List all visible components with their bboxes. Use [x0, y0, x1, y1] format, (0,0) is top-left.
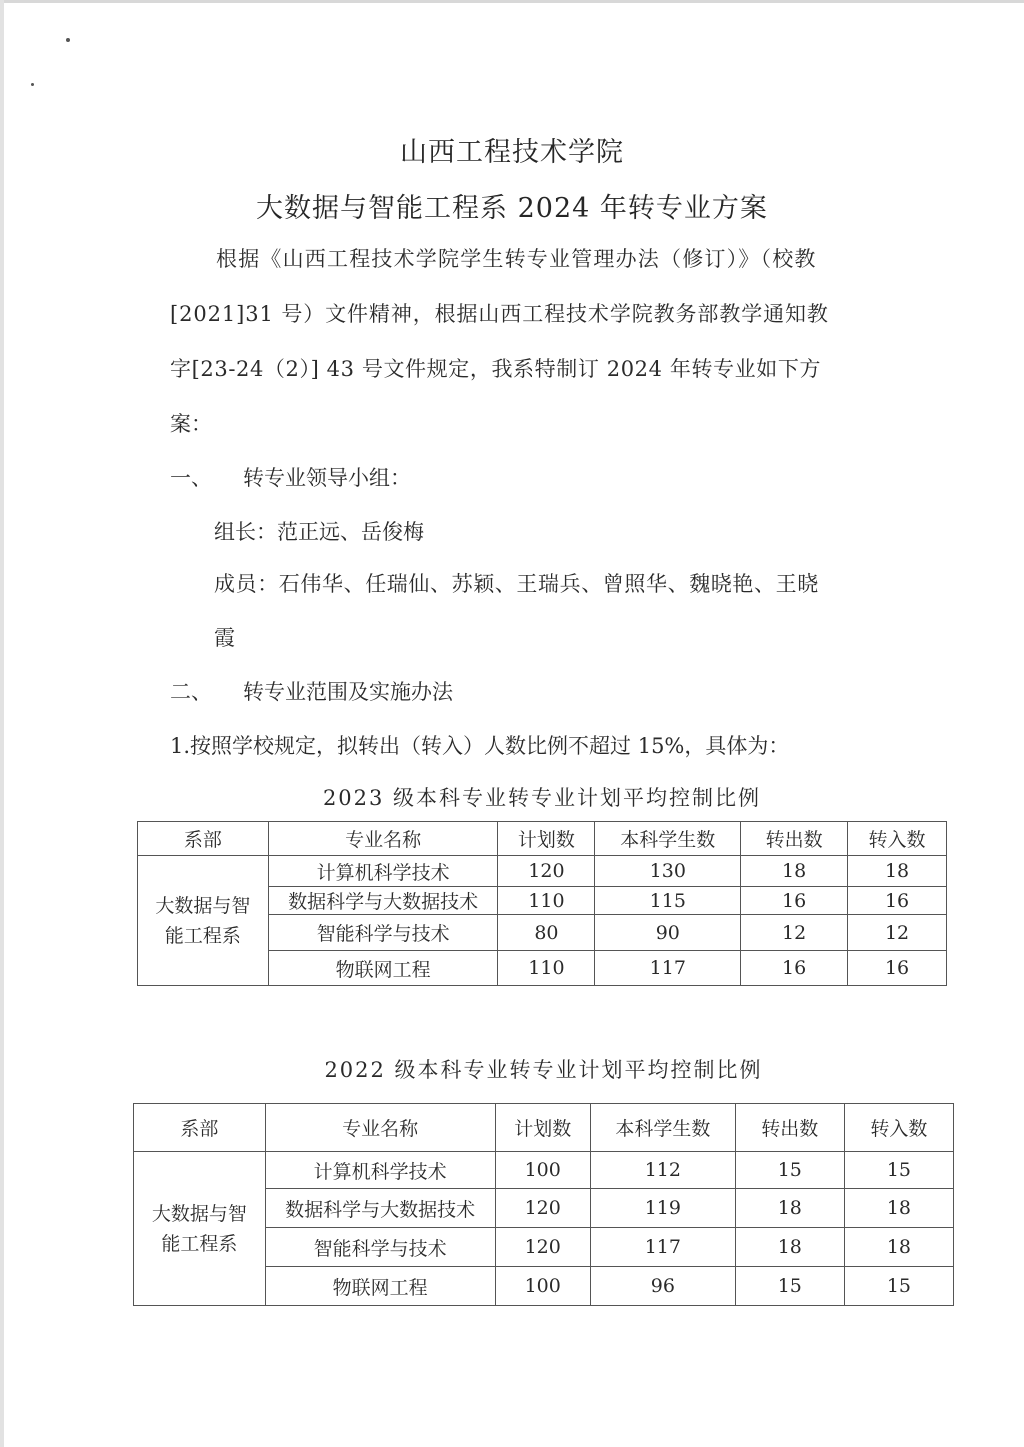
- header-transfer-in: 转入数: [848, 822, 947, 856]
- header-transfer-in: 转入数: [844, 1104, 953, 1152]
- major-name: 计算机科学技术: [265, 1152, 495, 1189]
- plan-count: 80: [498, 915, 595, 951]
- student-count: 119: [590, 1189, 735, 1228]
- transfer-out-count: 15: [735, 1267, 844, 1306]
- transfer-out-count: 16: [741, 951, 848, 986]
- plan-count: 120: [495, 1228, 590, 1267]
- intro-line-1: 根据《山西工程技术学院学生转专业管理办法（修订）》（校教: [216, 243, 817, 273]
- table-2023: 系部 专业名称 计划数 本科学生数 转出数 转入数 大数据与智 能工程系 计算机…: [137, 821, 947, 986]
- plan-count: 120: [495, 1189, 590, 1228]
- transfer-out-count: 16: [741, 887, 848, 915]
- plan-count: 110: [498, 951, 595, 986]
- table-2023-caption: 2023 级本科专业转专业计划平均控制比例: [137, 782, 947, 812]
- table-header-row: 系部 专业名称 计划数 本科学生数 转出数 转入数: [138, 822, 947, 856]
- student-count: 117: [590, 1228, 735, 1267]
- transfer-in-count: 16: [848, 951, 947, 986]
- major-name: 数据科学与大数据技术: [265, 1189, 495, 1228]
- section-1-number: 一、: [170, 462, 212, 492]
- scan-speck: [66, 38, 70, 42]
- transfer-in-count: 18: [844, 1228, 953, 1267]
- student-count: 112: [590, 1152, 735, 1189]
- student-count: 115: [595, 887, 741, 915]
- section-2-heading: 转专业范围及实施办法: [243, 676, 453, 706]
- table-header-row: 系部 专业名称 计划数 本科学生数 转出数 转入数: [134, 1104, 954, 1152]
- table-2022-caption: 2022 级本科专业转专业计划平均控制比例: [133, 1054, 954, 1084]
- plan-count: 110: [498, 887, 595, 915]
- plan-count: 120: [498, 856, 595, 887]
- transfer-in-count: 16: [848, 887, 947, 915]
- table-2022: 系部 专业名称 计划数 本科学生数 转出数 转入数 大数据与智 能工程系 计算机…: [133, 1103, 954, 1306]
- plan-count: 100: [495, 1267, 590, 1306]
- major-name: 计算机科学技术: [268, 856, 498, 887]
- header-transfer-out: 转出数: [741, 822, 848, 856]
- header-students: 本科学生数: [595, 822, 741, 856]
- header-students: 本科学生数: [590, 1104, 735, 1152]
- header-plan: 计划数: [495, 1104, 590, 1152]
- department-line-2: 能工程系: [134, 1229, 265, 1259]
- transfer-out-count: 18: [735, 1189, 844, 1228]
- major-name: 物联网工程: [268, 951, 498, 986]
- header-major: 专业名称: [268, 822, 498, 856]
- group-leader-line: 组长：范正远、岳俊梅: [214, 516, 424, 546]
- major-name: 数据科学与大数据技术: [268, 887, 498, 915]
- group-members-line-2: 霞: [214, 622, 235, 652]
- student-count: 117: [595, 951, 741, 986]
- scan-edge-top: [0, 0, 1024, 3]
- major-name: 智能科学与技术: [268, 915, 498, 951]
- department-cell: 大数据与智 能工程系: [134, 1152, 266, 1306]
- section-1-heading: 转专业领导小组：: [243, 462, 411, 492]
- intro-line-3: 字[23-24（2）] 43 号文件规定，我系特制订 2024 年转专业如下方: [170, 353, 821, 383]
- section-2-number: 二、: [170, 676, 212, 706]
- header-major: 专业名称: [265, 1104, 495, 1152]
- section-2-item-1: 1.按照学校规定，拟转出（转入）人数比例不超过 15%，具体为：: [170, 730, 789, 760]
- department-line-1: 大数据与智: [134, 1199, 265, 1229]
- scan-speck: [31, 83, 34, 86]
- transfer-in-count: 12: [848, 915, 947, 951]
- transfer-out-count: 18: [741, 856, 848, 887]
- transfer-out-count: 12: [741, 915, 848, 951]
- major-name: 智能科学与技术: [265, 1228, 495, 1267]
- header-department: 系部: [138, 822, 269, 856]
- student-count: 96: [590, 1267, 735, 1306]
- transfer-in-count: 15: [844, 1267, 953, 1306]
- department-cell: 大数据与智 能工程系: [138, 856, 269, 986]
- transfer-out-count: 15: [735, 1152, 844, 1189]
- header-department: 系部: [134, 1104, 266, 1152]
- table-row: 大数据与智 能工程系 计算机科学技术 100 112 15 15: [134, 1152, 954, 1189]
- transfer-out-count: 18: [735, 1228, 844, 1267]
- intro-line-4: 案：: [170, 408, 212, 438]
- transfer-in-count: 18: [848, 856, 947, 887]
- transfer-in-count: 18: [844, 1189, 953, 1228]
- student-count: 90: [595, 915, 741, 951]
- transfer-in-count: 15: [844, 1152, 953, 1189]
- major-name: 物联网工程: [265, 1267, 495, 1306]
- department-line-2: 能工程系: [138, 921, 268, 951]
- document-title-institution: 山西工程技术学院: [0, 130, 1024, 169]
- header-plan: 计划数: [498, 822, 595, 856]
- table-row: 大数据与智 能工程系 计算机科学技术 120 130 18 18: [138, 856, 947, 887]
- header-transfer-out: 转出数: [735, 1104, 844, 1152]
- plan-count: 100: [495, 1152, 590, 1189]
- intro-line-2: [2021]31 号）文件精神，根据山西工程技术学院教务部教学通知教: [170, 298, 829, 328]
- student-count: 130: [595, 856, 741, 887]
- document-title-plan: 大数据与智能工程系 2024 年转专业方案: [0, 186, 1024, 225]
- group-members-line-1: 成员：石伟华、任瑞仙、苏颖、王瑞兵、曾照华、魏晓艳、王晓: [214, 568, 819, 598]
- department-line-1: 大数据与智: [138, 891, 268, 921]
